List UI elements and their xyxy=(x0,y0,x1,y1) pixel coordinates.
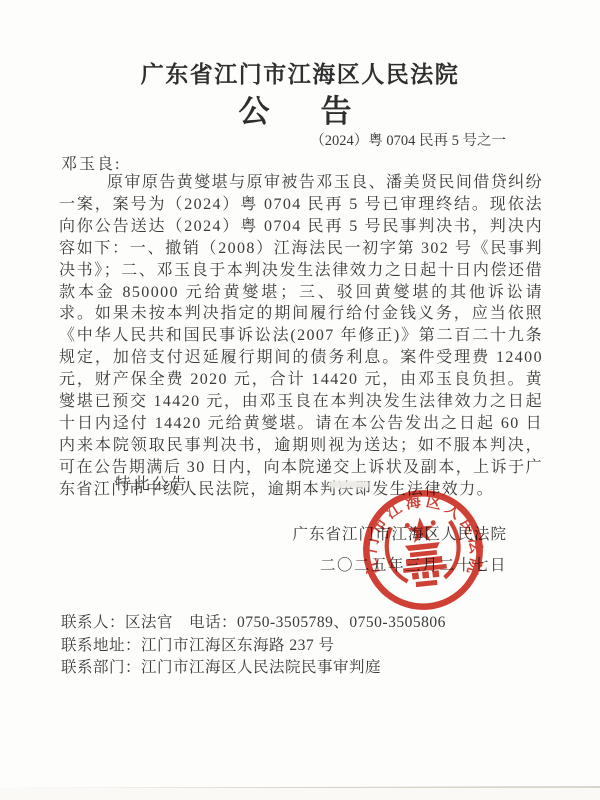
notice-body-paragraph: 原审原告黄燮堪与原审被告邓玉良、潘美贤民间借贷纠纷一案，案号为（2024）粤 0… xyxy=(59,172,543,501)
scan-background-strip xyxy=(0,788,600,800)
notice-title: 公 告 xyxy=(0,86,600,131)
signature-court-name: 广东省江门市江海区人民法院 xyxy=(0,522,507,544)
case-number: （2024）粤 0704 民再 5 号之一 xyxy=(0,129,506,150)
closing-phrase: 特此公告 xyxy=(59,471,189,494)
scan-smudge xyxy=(329,481,369,488)
signature-block: 广东省江门市江海区人民法院 二〇二五年三月二十七日 xyxy=(0,522,507,575)
addressee-name: 邓玉良: xyxy=(61,151,121,174)
signature-date: 二〇二五年三月二十七日 xyxy=(0,553,507,575)
contact-person-line: 联系人：区法官 电话：0750-3505789、0750-3505806 xyxy=(61,612,446,635)
contact-info-block: 联系人：区法官 电话：0750-3505789、0750-3505806 联系地… xyxy=(61,612,446,680)
contact-address-line: 联系地址：江门市江海区东海路 237 号 xyxy=(61,635,446,658)
court-title: 广东省江门市江海区人民法院 xyxy=(0,56,600,89)
court-notice-page: 广东省江门市江海区人民法院 公 告 （2024）粤 0704 民再 5 号之一 … xyxy=(0,0,600,800)
contact-department-line: 联系部门：江门市江海区人民法院民事审判庭 xyxy=(61,657,446,680)
